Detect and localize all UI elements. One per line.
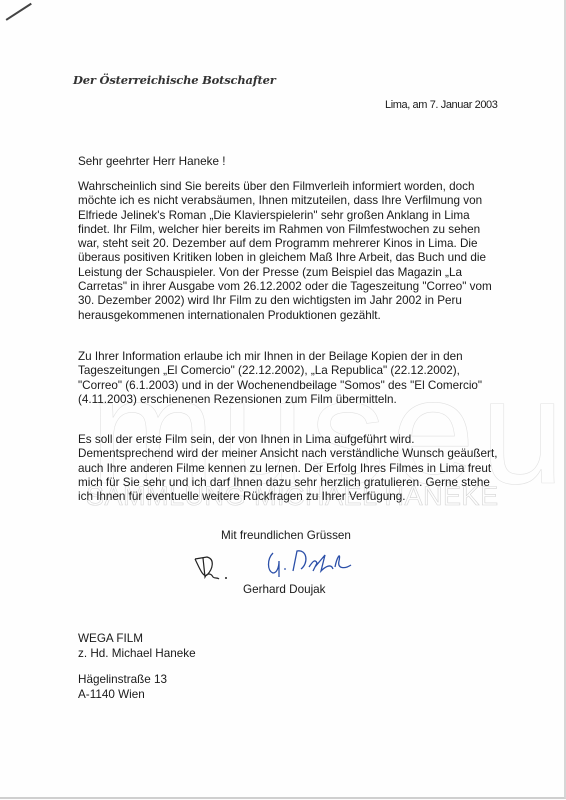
recipient-attention: z. Hd. Michael Haneke [78, 647, 196, 662]
paragraph-3: Es soll der erste Film sein, der von Ihn… [78, 433, 538, 504]
letter-page: museum SAMMLUNG MICHAEL HANEKE Der Öster… [0, 0, 566, 799]
address-city: A-1140 Wien [78, 688, 167, 703]
paragraph-2: Zu Ihrer Information erlaube ich mir Ihn… [78, 350, 538, 407]
paragraph-1: Wahrscheinlich sind Sie bereits über den… [78, 180, 538, 323]
letterhead: Der Österreichische Botschafter [73, 73, 276, 87]
paraph-signature-icon [193, 553, 233, 585]
pen-mark [6, 3, 32, 21]
closing: Mit freundlichen Grüssen [221, 529, 351, 542]
recipient-address: Hägelinstraße 13 A-1140 Wien [78, 673, 167, 702]
address-street: Hägelinstraße 13 [78, 673, 167, 688]
recipient-block: WEGA FILM z. Hd. Michael Haneke [78, 632, 196, 661]
signature-icon [265, 547, 355, 579]
date-line: Lima, am 7. Januar 2003 [385, 99, 497, 111]
recipient-company: WEGA FILM [78, 632, 196, 647]
signer-name: Gerhard Doujak [243, 583, 326, 596]
salutation: Sehr geehrter Herr Haneke ! [78, 155, 225, 168]
